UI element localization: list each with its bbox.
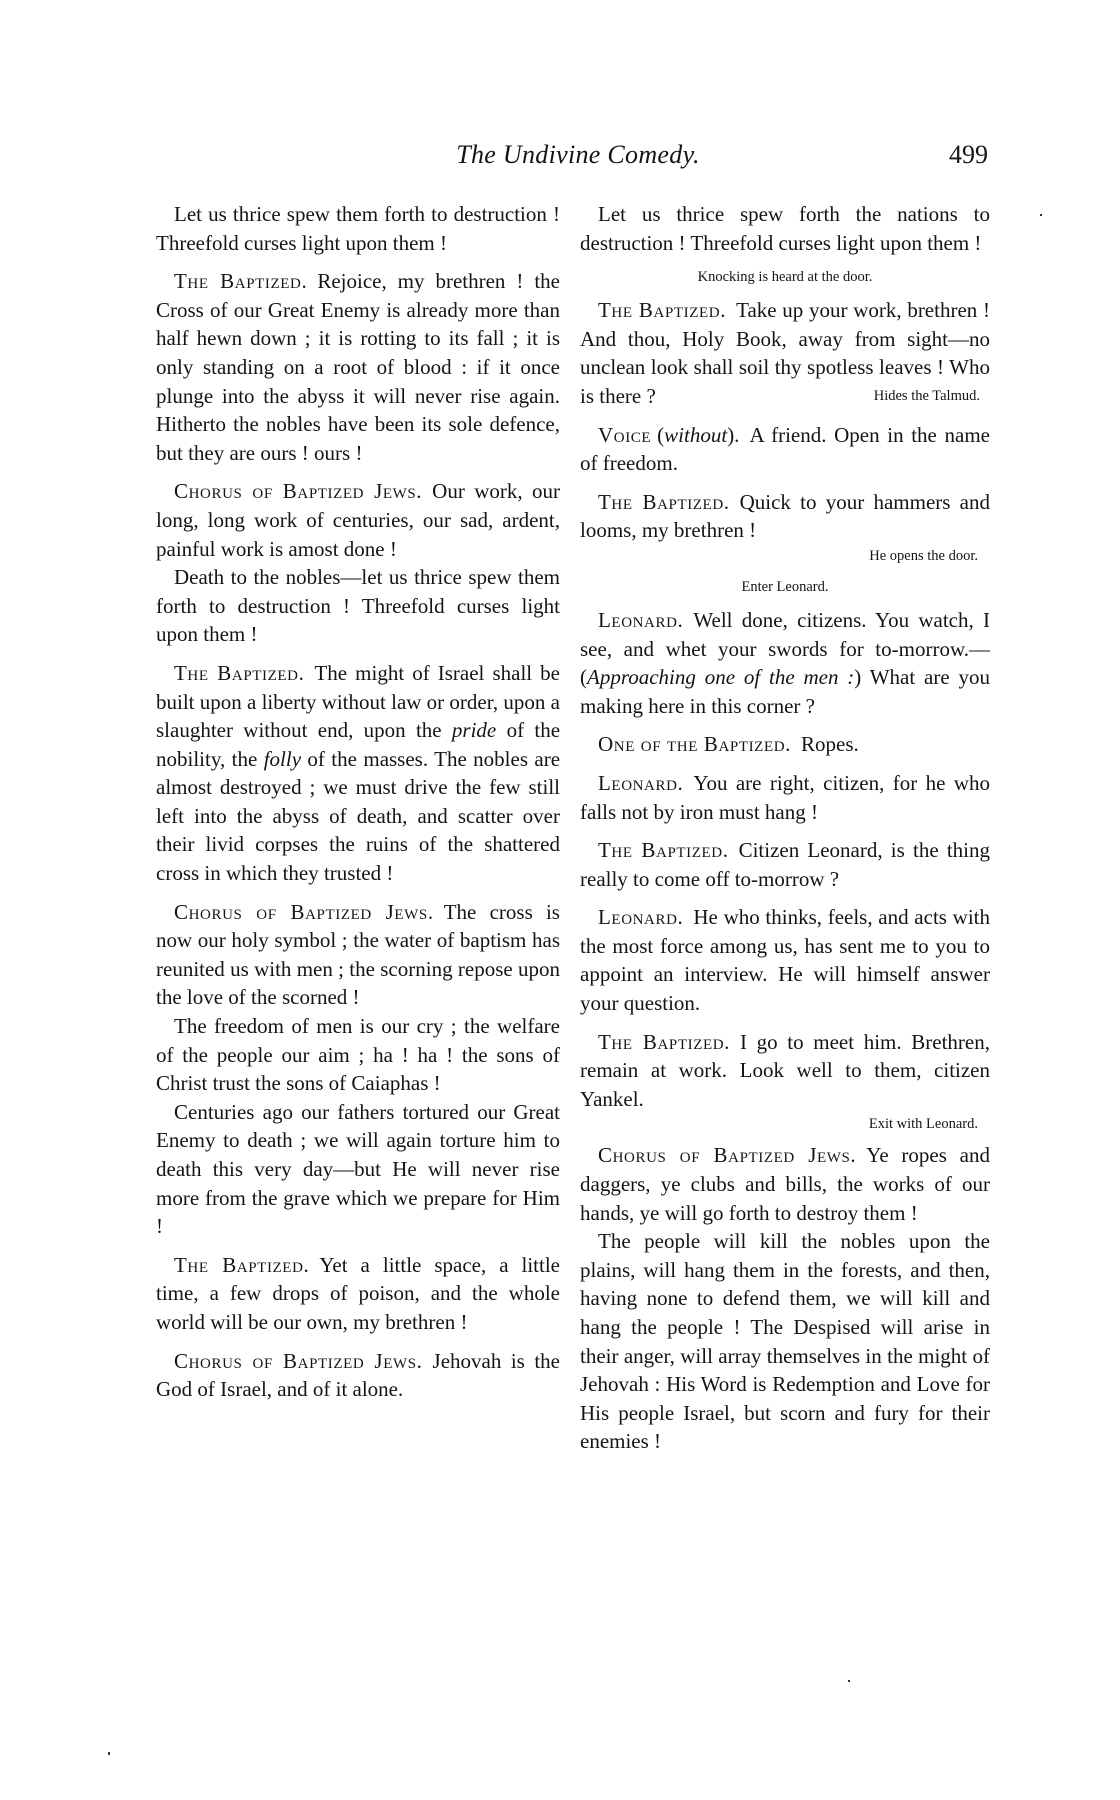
dialogue-paragraph: One of the Baptized.Ropes. [580,730,990,759]
speaker-name: The Baptized. [598,1030,730,1054]
dialogue-paragraph: The Baptized.The might of Israel shall b… [156,659,560,888]
dialogue-paragraph: The Baptized.I go to meet him. Brethren,… [580,1028,990,1114]
speaker-name: Chorus of Baptized Jews. [174,1349,423,1373]
speaker-name: Voice [598,423,651,447]
paragraph: The freedom of men is our cry ; the welf… [156,1012,560,1098]
dialogue-paragraph: The Baptized.Yet a little space, a littl… [156,1251,560,1337]
stage-direction: He opens the door. [580,545,990,567]
speaker-name: Leonard. [598,771,683,795]
dialogue-paragraph: Chorus of Baptized Jews.Our work, our lo… [156,477,560,563]
paragraph-text: Let us thrice spew forth the nations to … [580,202,990,255]
speaker-name: One of the Baptized. [598,732,791,756]
speaker-name: Chorus of Baptized Jews. [598,1143,856,1167]
page-number: 499 [949,140,988,170]
speaker-name: Chorus of Baptized Jews. [174,479,422,503]
emphasis-text: folly [264,747,301,771]
speaker-name: The Baptized. [174,269,307,293]
emphasis-text: Approaching one of the men : [587,665,854,689]
dialogue-paragraph: The Baptized.Citizen Leonard, is the thi… [580,836,990,893]
print-speck [108,1752,110,1755]
running-title: The Undivine Comedy. [154,140,988,170]
emphasis-text: pride [452,718,496,742]
print-speck [1040,214,1042,216]
speaker-name: Chorus of Baptized Jews. [174,900,434,924]
print-speck [848,1680,850,1682]
paragraph-text: The freedom of men is our cry ; the welf… [156,1014,560,1095]
dialogue-paragraph: Leonard.Well done, citizens. You watch, … [580,606,990,720]
stage-direction: Knocking is heard at the door. [580,266,990,288]
speaker-name: The Baptized. [174,661,304,685]
dialogue-paragraph: The Baptized.Quick to your hammers and l… [580,488,990,545]
dialogue-paragraph: Voice(without).A friend. Open in the nam… [580,421,990,478]
speaker-name: The Baptized. [598,838,729,862]
dialogue-paragraph: Leonard.He who thinks, feels, and acts w… [580,903,990,1017]
paragraph-text: Centuries ago our fathers tortured our G… [156,1100,560,1238]
stage-direction: Hides the Talmud. [856,382,980,411]
dialogue-paragraph: The Baptized.Rejoice, my brethren ! the … [156,267,560,467]
dialogue-paragraph: Chorus of Baptized Jews.The cross is now… [156,898,560,1012]
paragraph-text: Let us thrice spew them forth to destruc… [156,202,560,255]
dialogue-paragraph: Chorus of Baptized Jews.Jehovah is the G… [156,1347,560,1404]
left-column: Let us thrice spew them forth to destruc… [156,200,560,1404]
dialogue-paragraph: Chorus of Baptized Jews.Ye ropes and dag… [580,1141,990,1227]
paragraph: Death to the nobles—let us thrice spew t… [156,563,560,649]
paragraph-text: The people will kill the nobles upon the… [580,1229,990,1453]
speaker-name: The Baptized. [174,1253,309,1277]
paragraph: Let us thrice spew forth the nations to … [580,200,990,257]
speaker-name: Leonard. [598,905,683,929]
stage-direction: Exit with Leonard. [580,1113,990,1135]
dialogue-paragraph: The Baptized.Take up your work, brethren… [580,296,990,410]
page-header: The Undivine Comedy. 499 [154,140,988,180]
paragraph: The people will kill the nobles upon the… [580,1227,990,1456]
dialogue-text: Ropes. [801,732,859,756]
dialogue-text: Rejoice, my brethren ! the Cross of our … [156,269,560,465]
stage-direction: Enter Leonard. [580,576,990,598]
speaker-name: Leonard. [598,608,683,632]
paragraph: Centuries ago our fathers tortured our G… [156,1098,560,1241]
paren-close: ). [727,423,739,447]
paragraph-text: Death to the nobles—let us thrice spew t… [156,565,560,646]
emphasis-text: without [664,423,727,447]
speaker-name: The Baptized. [598,298,726,322]
dialogue-paragraph: Leonard.You are right, citizen, for he w… [580,769,990,826]
right-column: Let us thrice spew forth the nations to … [580,200,990,1456]
paragraph: Let us thrice spew them forth to destruc… [156,200,560,257]
speaker-name: The Baptized. [598,490,730,514]
